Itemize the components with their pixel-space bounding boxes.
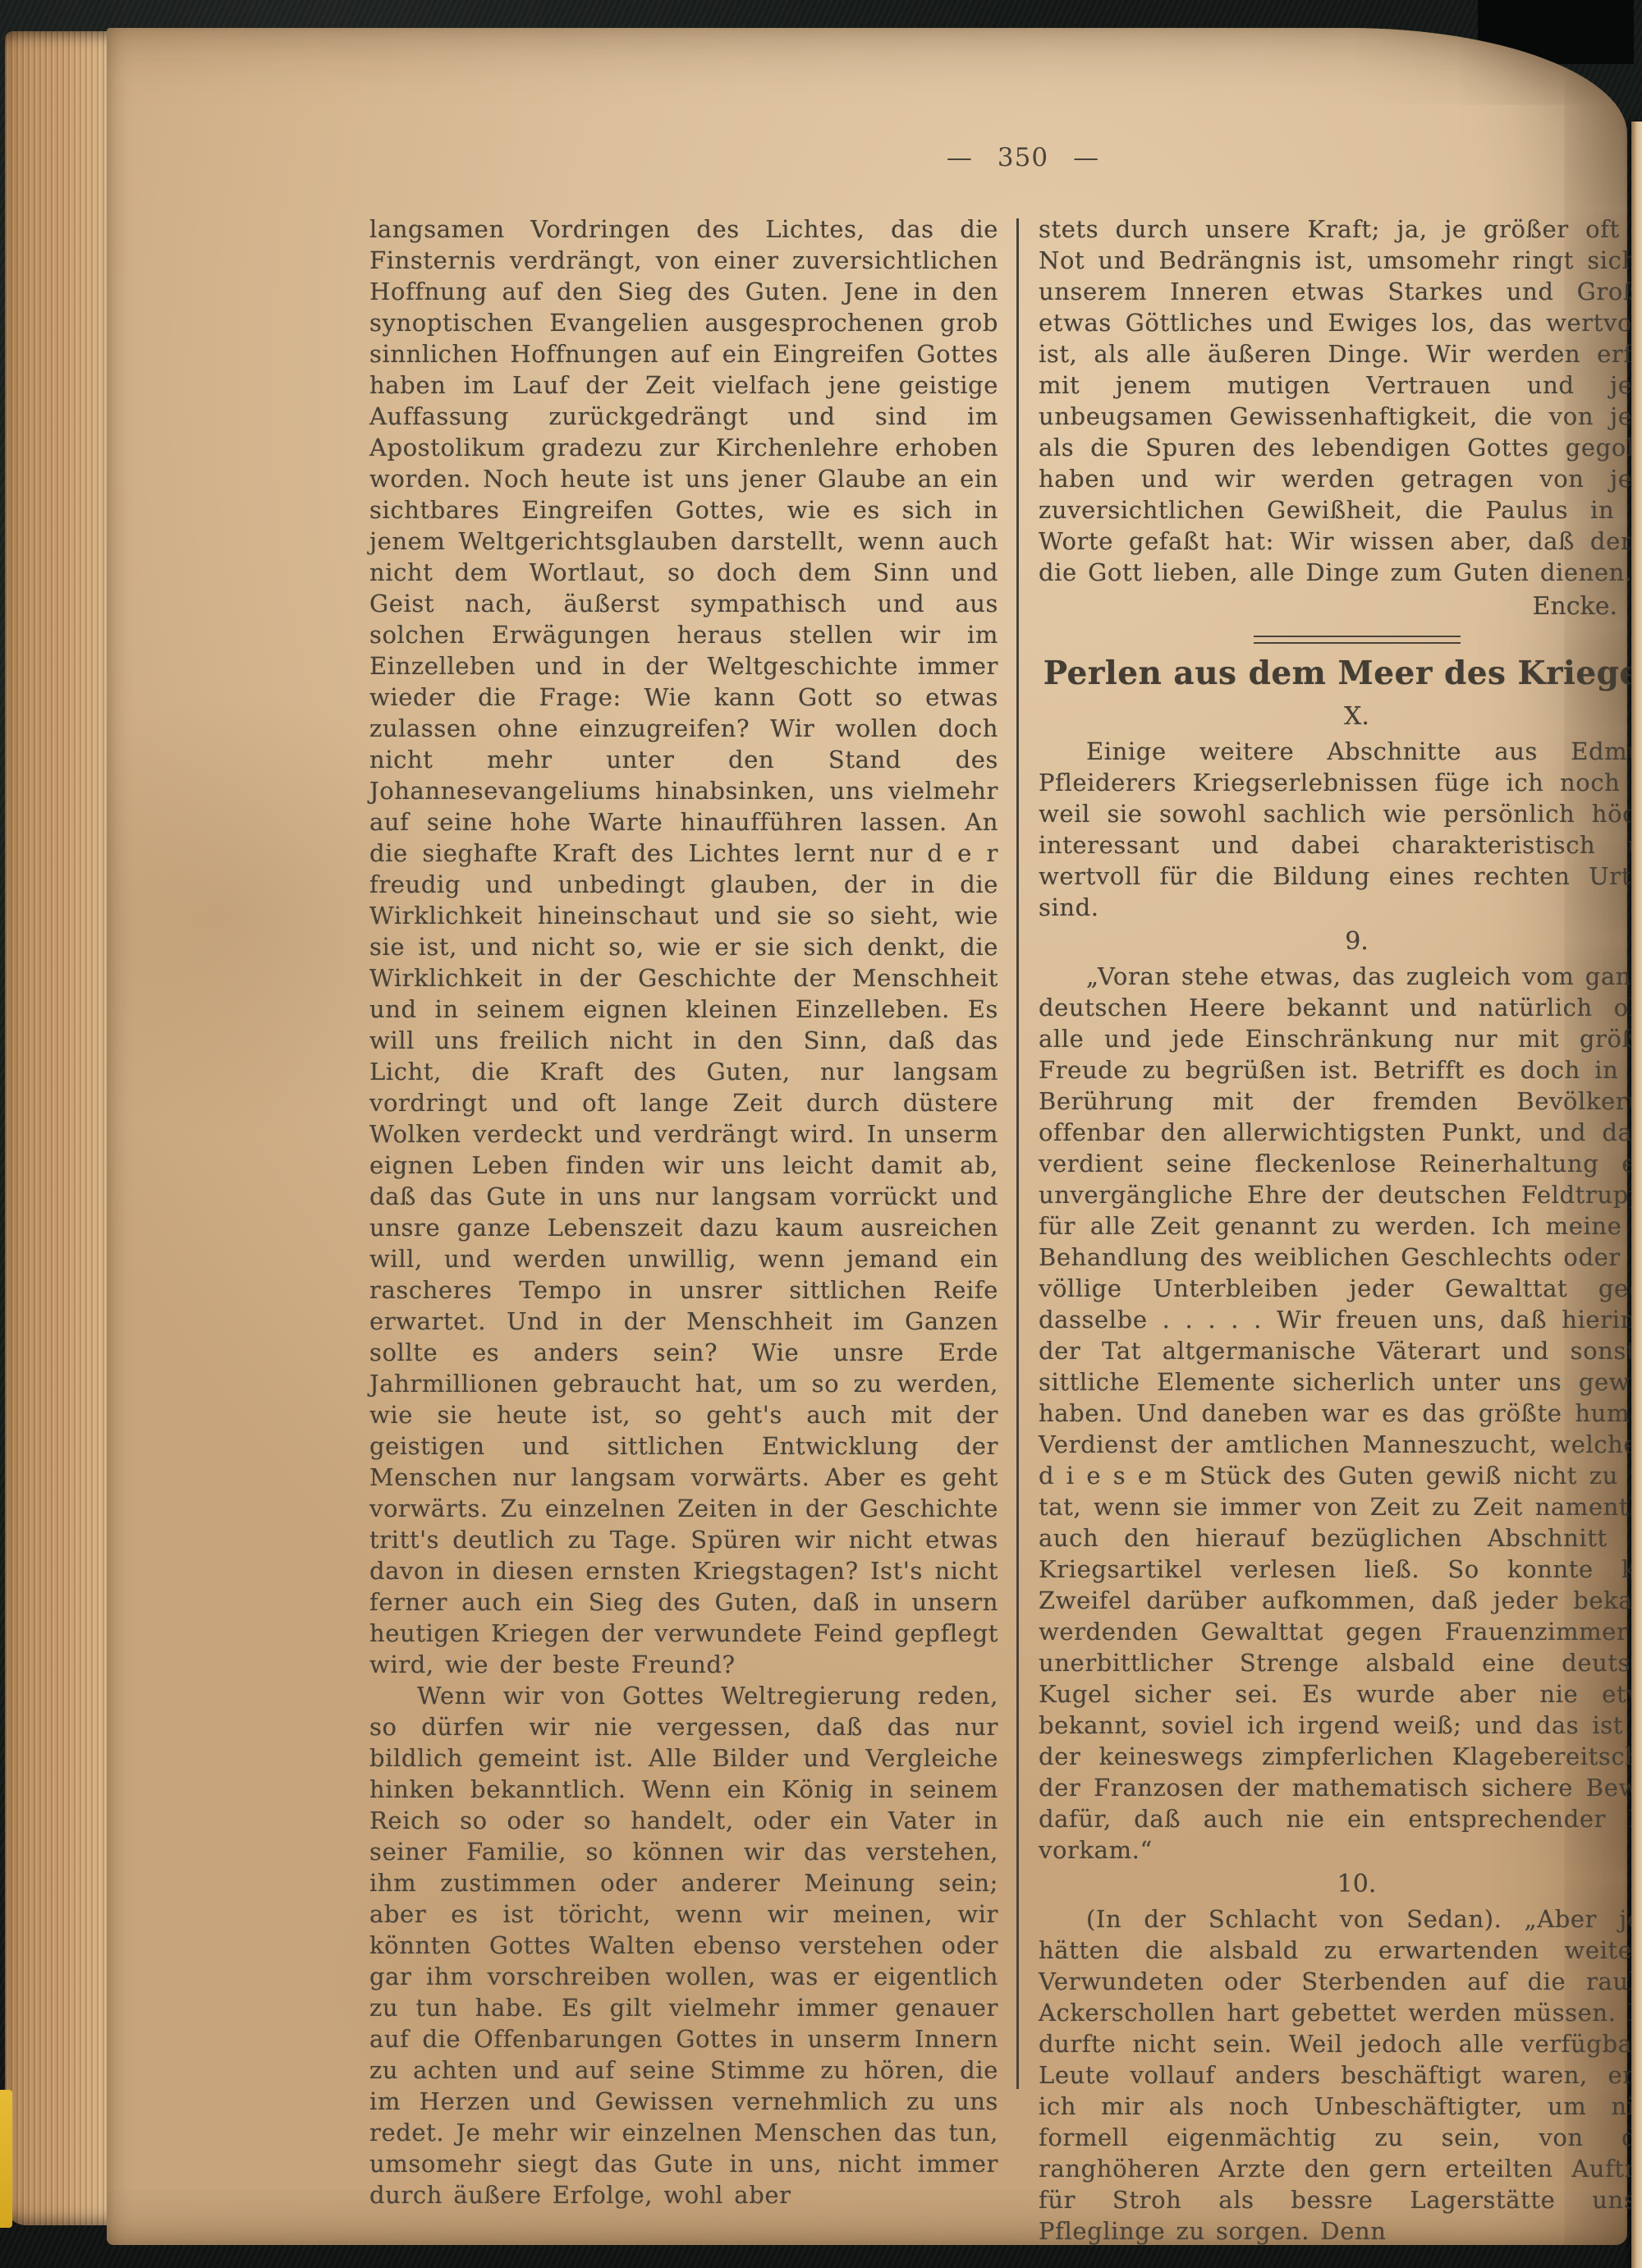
- subsection-9-paragraph: „Voran stehe etwas, das zugleich vom gan…: [1039, 961, 1642, 1866]
- page-edge-stack: [5, 31, 112, 2225]
- column-divider-rule: [1016, 218, 1019, 2089]
- book-page-350: —350— langsamen Vordringen des Lichtes, …: [107, 28, 1627, 2245]
- subsection-number-9: 9.: [1039, 923, 1642, 961]
- page-number-dash-right: —: [1073, 143, 1099, 172]
- body-text-paragraph: Wenn wir von Gottes Weltregierung reden,…: [369, 1680, 998, 2211]
- right-column: stets durch unsere Kraft; ja, je größer …: [1039, 213, 1642, 2247]
- subsection-number-10: 10.: [1039, 1866, 1642, 1903]
- section-separator-rule: [1254, 636, 1461, 644]
- subsection-10-paragraph: (In der Schlacht von Sedan). „Aber jetzt…: [1039, 1903, 1642, 2247]
- section-number-roman: X.: [1039, 698, 1642, 736]
- body-text-paragraph: langsamen Vordringen des Lichtes, das di…: [369, 213, 998, 1680]
- facing-page-sliver: [1631, 122, 1642, 2268]
- author-signature: Encke.: [1039, 590, 1642, 624]
- page-number-dash-left: —: [947, 143, 973, 172]
- page-number-value: 350: [998, 143, 1048, 172]
- yellow-bookmark-sliver: [0, 2090, 12, 2228]
- left-column: langsamen Vordringen des Lichtes, das di…: [369, 213, 998, 2211]
- page-number: —350—: [369, 143, 1642, 172]
- body-text-paragraph: stets durch unsere Kraft; ja, je größer …: [1039, 213, 1642, 588]
- book-scan-scene: —350— langsamen Vordringen des Lichtes, …: [0, 0, 1642, 2268]
- article-title: Perlen aus dem Meer des Krieges.: [1039, 652, 1642, 695]
- article-intro-paragraph: Einige weitere Abschnitte aus Edmund Pfl…: [1039, 736, 1642, 923]
- two-column-text-block: langsamen Vordringen des Lichtes, das di…: [369, 213, 1642, 2247]
